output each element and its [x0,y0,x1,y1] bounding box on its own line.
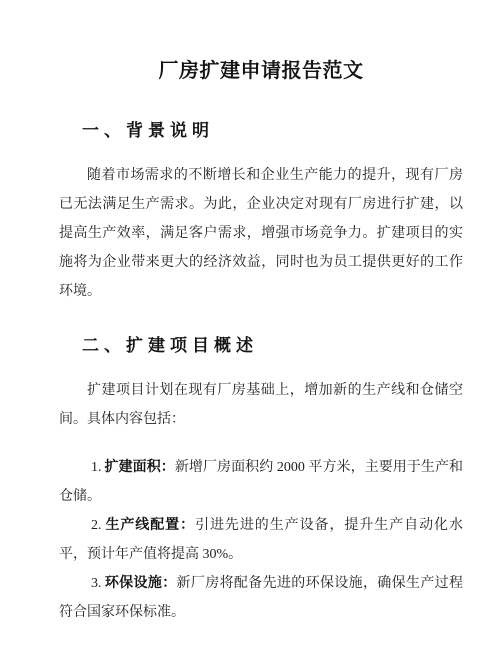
section1-paragraph: 随着市场需求的不断增长和企业生产能力的提升，现有厂房已无法满足生产需求。为此，企… [59,161,463,306]
section2-paragraph: 扩建项目计划在现有厂房基础上，增加新的生产线和仓储空间。具体内容包括： [59,376,463,434]
list-item-environmental: 3.环保设施：新厂房将配备先进的环保设施，确保生产过程符合国家环保标准。 [59,569,463,627]
section2-heading: 二、扩建项目概述 [59,333,463,358]
item-label: 环保设施： [105,576,177,591]
document-title: 厂房扩建申请报告范文 [59,0,463,86]
numbered-list: 1.扩建面积：新增厂房面积约 2000 平方米，主要用于生产和仓储。 2.生产线… [59,453,463,627]
item-number: 3. [91,576,102,591]
item-label: 扩建面积： [105,460,175,475]
document-page: 厂房扩建申请报告范文 一、背景说明 随着市场需求的不断增长和企业生产能力的提升，… [0,0,500,647]
list-item-expansion-area: 1.扩建面积：新增厂房面积约 2000 平方米，主要用于生产和仓储。 [59,453,463,511]
list-item-production-line: 2.生产线配置：引进先进的生产设备，提升生产自动化水平，预计年产值将提高 30%… [59,511,463,569]
section1-heading: 一、背景说明 [59,118,463,143]
item-number: 1. [91,460,102,475]
item-number: 2. [91,518,102,533]
item-label: 生产线配置： [105,518,196,533]
